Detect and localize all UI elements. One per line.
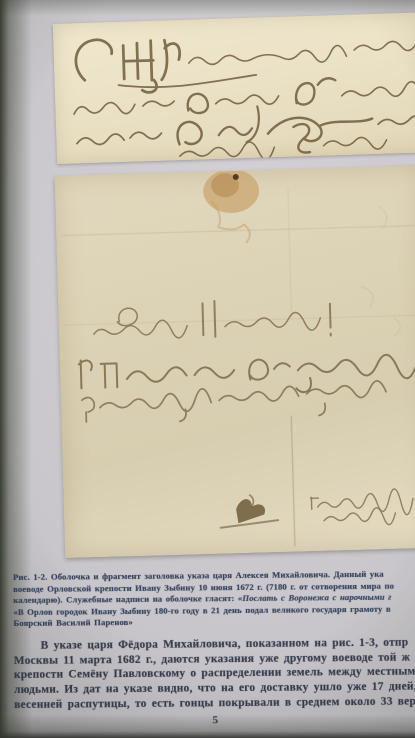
fold-creases bbox=[60, 186, 415, 552]
figure-caption: Рис. 1-2. Оболочка и фрагмент заголовка … bbox=[13, 568, 415, 629]
handwriting-row-1-small bbox=[188, 41, 415, 67]
body-paragraph: В указе царя Фёдора Михайловича, показан… bbox=[14, 635, 415, 712]
wax-stain bbox=[203, 168, 261, 243]
handwriting-row-2 bbox=[73, 75, 415, 117]
caption-text: календарю). Служебные надписи на оболочк… bbox=[13, 593, 238, 605]
handwriting-row-1 bbox=[75, 35, 256, 95]
address-line-large-2 bbox=[81, 381, 386, 424]
caption-quote-text: «Послать с Воронежа с нарочными г bbox=[238, 592, 392, 603]
caption-quote-line: Боярский Василий Паренов» bbox=[13, 615, 415, 630]
manuscript-heading-fragment-image bbox=[53, 12, 415, 164]
book-page-photo: Рис. 1-2. Оболочка и фрагмент заголовка … bbox=[0, 0, 415, 738]
envelope-detail-strokes bbox=[55, 166, 415, 558]
address-line-large-1 bbox=[79, 351, 415, 398]
delivery-note-writing bbox=[310, 488, 413, 526]
address-line-small bbox=[93, 298, 331, 342]
heading-handwriting-strokes bbox=[53, 12, 415, 164]
ink-seal-mark bbox=[220, 494, 279, 527]
printed-text-block: Рис. 1-2. Оболочка и фрагмент заголовка … bbox=[13, 568, 415, 728]
handwriting-row-4 bbox=[179, 121, 387, 162]
decree-envelope-image bbox=[55, 166, 415, 558]
body-line: весенней распутицы, то есть гонцы покрыв… bbox=[14, 694, 415, 712]
handwriting-row-3 bbox=[76, 101, 415, 148]
page-number: 5 bbox=[14, 713, 415, 729]
